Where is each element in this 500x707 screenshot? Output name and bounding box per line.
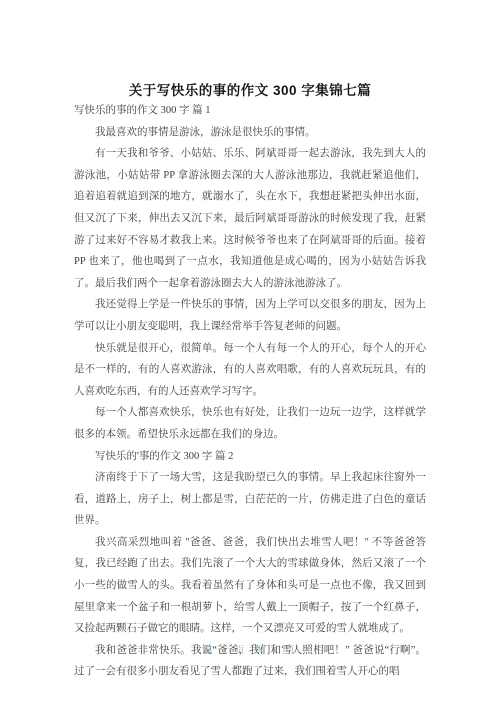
paragraph: 济南终于下了一场大雪，这是我盼望已久的事情。早上我起床往窗外一看，道路上，房子上… (74, 467, 426, 532)
paragraph: 我最喜欢的事情是游泳，游泳是很快乐的事情。 (74, 122, 426, 144)
page-footer: 第 1 页 共 4 页 (0, 643, 500, 656)
document-body: 写快乐的事的作文 300 字 篇 1 我最喜欢的事情是游泳，游泳是很快乐的事情。… (74, 100, 426, 683)
paragraph: 每一个人都喜欢快乐，快乐也有好处，让我们一边玩一边学，这样就学很多的本领。希望快… (74, 402, 426, 445)
paragraph: 有一天我和爷爷、小姑姑、乐乐、阿斌哥哥一起去游泳，我先到大人的游泳池，小姑姑带 … (74, 143, 426, 294)
section-heading-1: 写快乐的事的作文 300 字 篇 1 (74, 100, 426, 122)
section-heading-2: 写快乐的'事的作文 300 字 篇 2 (74, 446, 426, 468)
page-title: 关于写快乐的事的作文 300 字集锦七篇 (0, 79, 500, 99)
paragraph: 我兴高采烈地叫着 ''爸爸、爸爸，我们快出去堆雪人吧！'' 不等爸爸答复，我已经… (74, 532, 426, 640)
paragraph: 快乐就是很开心，很简单。每一个人有每一个人的开心，每个人的开心是不一样的，有的人… (74, 338, 426, 403)
paragraph: 我还觉得上学是一件快乐的事情，因为上学可以交很多的朋友，因为上学可以让小朋友变聪… (74, 294, 426, 337)
document-page: 关于写快乐的事的作文 300 字集锦七篇 写快乐的事的作文 300 字 篇 1 … (0, 0, 500, 707)
